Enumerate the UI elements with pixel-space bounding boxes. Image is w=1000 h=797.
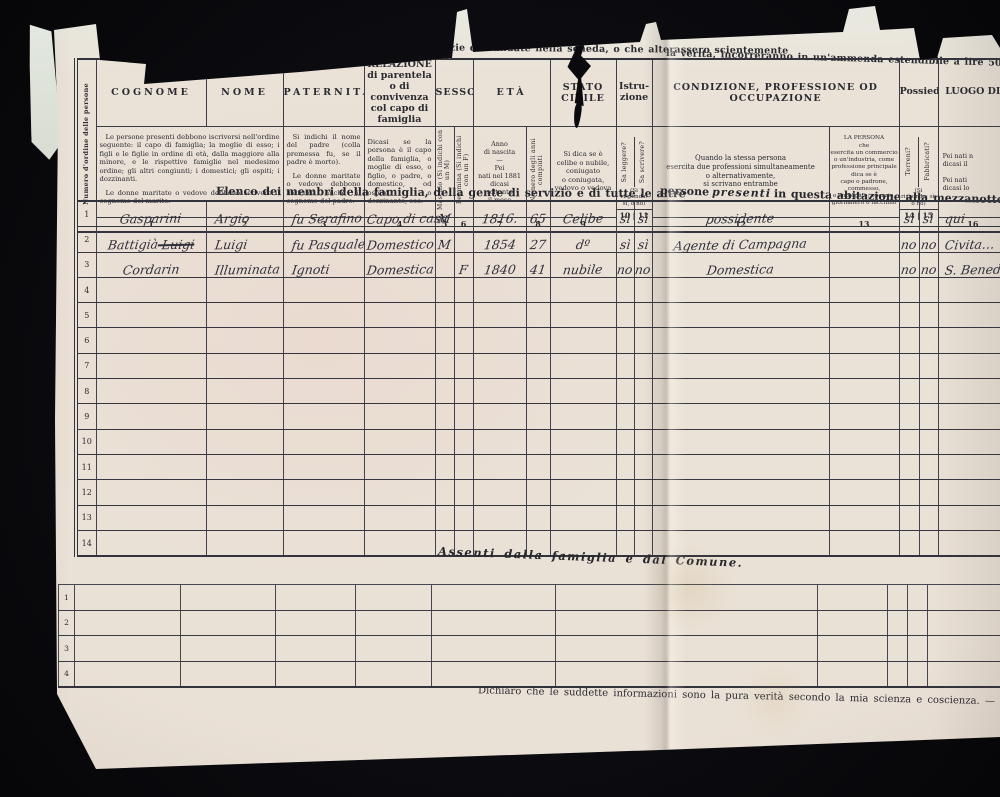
handwritten-entry: no — [920, 262, 938, 277]
name-cell — [206, 429, 283, 454]
sex-female-cell — [454, 201, 473, 227]
person-row: 13 — [76, 505, 1000, 530]
row-number-cell: 6 — [76, 328, 96, 353]
paternity-cell — [283, 454, 364, 479]
relation-cell: Capo di casa — [364, 201, 435, 227]
assenti-row-number-cell: 3 — [59, 636, 75, 662]
name-cell: Luigi — [206, 227, 283, 252]
paternity-cell — [283, 404, 364, 429]
person-row: 12 — [76, 480, 1000, 505]
relation-cell — [364, 505, 435, 530]
birthplace-cell — [938, 328, 1000, 353]
assenti-empty-cell — [928, 610, 1000, 636]
sex-male-cell — [435, 429, 454, 454]
assenti-empty-cell — [432, 610, 556, 636]
surname-cell — [96, 353, 206, 378]
can-read-cell — [616, 404, 634, 429]
column-header-eta: ETÀ — [473, 59, 550, 126]
birthplace-cell — [938, 480, 1000, 505]
handwritten-entry: Celibe — [562, 211, 605, 227]
assenti-empty-cell — [276, 636, 356, 662]
person-row: 3CordarinIlluminataIgnotiDomesticaF18404… — [76, 252, 1000, 277]
handwritten-entry: 1854 — [483, 236, 517, 252]
paternity-cell — [283, 277, 364, 302]
owns-land-cell: no — [899, 227, 919, 252]
can-read-cell — [616, 303, 634, 328]
civil-status-cell — [550, 277, 616, 302]
column-header-istruzione: Istru- zione — [616, 59, 652, 126]
sex-female-cell — [454, 379, 473, 404]
owns-buildings-cell — [919, 454, 938, 479]
person-row: 6 — [76, 328, 1000, 353]
position-cell — [829, 379, 899, 404]
position-cell — [829, 303, 899, 328]
assenti-empty-cell — [556, 610, 818, 636]
surname-cell: Battigià Luigi — [96, 227, 206, 252]
assenti-empty-cell — [908, 661, 928, 687]
row-number-cell: 9 — [76, 404, 96, 429]
birthplace-cell: qui — [938, 201, 1000, 227]
relation-cell — [364, 277, 435, 302]
assenti-row: 4 — [59, 661, 1000, 687]
age-cell: 65 — [526, 201, 550, 227]
handwritten-entry-struck: Luigi — [157, 236, 196, 252]
assenti-empty-cell — [181, 661, 276, 687]
owns-land-cell — [899, 353, 919, 378]
owns-buildings-cell — [919, 505, 938, 530]
age-cell — [526, 505, 550, 530]
assenti-empty-cell — [556, 636, 818, 662]
profession-cell — [652, 454, 829, 479]
can-write-cell — [634, 505, 652, 530]
row-number-cell: 8 — [76, 379, 96, 404]
birth-year-cell: 1854 — [473, 227, 526, 252]
relation-cell — [364, 353, 435, 378]
assenti-table: 1234 — [58, 584, 1000, 688]
relation-cell — [364, 379, 435, 404]
handwritten-entry: sì — [637, 236, 650, 251]
profession-cell: possidente — [652, 201, 829, 227]
handwritten-entry: Capo di casa — [365, 210, 448, 227]
handwritten-entry: Ignoti — [290, 261, 330, 277]
birth-year-cell — [473, 505, 526, 530]
civil-status-cell — [550, 454, 616, 479]
position-cell — [829, 429, 899, 454]
birth-year-cell: 1840 — [473, 252, 526, 277]
age-cell — [526, 429, 550, 454]
birthplace-cell — [938, 404, 1000, 429]
position-cell — [829, 201, 899, 227]
birth-year-cell — [473, 379, 526, 404]
sex-male-cell — [435, 328, 454, 353]
age-cell — [526, 328, 550, 353]
sex-male-cell — [435, 480, 454, 505]
sex-female-cell — [454, 480, 473, 505]
position-cell — [829, 530, 899, 556]
assenti-empty-cell — [908, 610, 928, 636]
person-number-vertical-label: Numero d'ordine delle persone — [83, 83, 90, 205]
civil-status-cell — [550, 328, 616, 353]
relation-cell — [364, 328, 435, 353]
elenco-caption-pre: persone — [660, 184, 709, 198]
civil-status-cell: dº — [550, 227, 616, 252]
surname-cell — [96, 277, 206, 302]
name-cell — [206, 505, 283, 530]
birthplace-cell — [938, 303, 1000, 328]
assenti-empty-cell — [888, 661, 908, 687]
paternity-cell — [283, 480, 364, 505]
paternity-cell: Ignoti — [283, 252, 364, 277]
row-number-cell: 4 — [76, 277, 96, 302]
handwritten-entry: Luigi — [213, 236, 248, 252]
surname-cell: Gasparini — [96, 201, 206, 227]
handwritten-entry: sì — [637, 211, 650, 226]
assenti-empty-cell — [75, 636, 181, 662]
possiede-vertical-labels: Terreni? Fabbricati? — [900, 137, 938, 187]
assenti-empty-cell — [276, 610, 356, 636]
handwritten-entry: 41 — [529, 262, 547, 277]
assenti-empty-cell — [888, 636, 908, 662]
handwritten-entry: 1816. — [481, 211, 519, 227]
name-cell — [206, 353, 283, 378]
position-cell — [829, 252, 899, 277]
row-number-cell: 5 — [76, 303, 96, 328]
can-write-cell — [634, 277, 652, 302]
assenti-row: 1 — [59, 585, 1000, 611]
person-row: 8 — [76, 379, 1000, 404]
owns-land-cell — [899, 429, 919, 454]
handwritten-entry: Civita… — [943, 236, 995, 252]
assenti-empty-cell — [818, 610, 888, 636]
sex-female-cell — [454, 353, 473, 378]
handwritten-entry: 27 — [529, 236, 547, 251]
can-read-cell — [616, 379, 634, 404]
profession-cell — [652, 303, 829, 328]
birth-year-cell: 1816. — [473, 201, 526, 227]
profession-cell — [652, 328, 829, 353]
surname-cell — [96, 429, 206, 454]
birthplace-cell — [938, 277, 1000, 302]
assenti-empty-cell — [818, 636, 888, 662]
birth-year-cell — [473, 277, 526, 302]
owns-buildings-cell — [919, 303, 938, 328]
column-header-relazione: RELAZIONE di parentela o di convivenza c… — [364, 59, 435, 126]
paternity-cell — [283, 328, 364, 353]
owns-buildings-cell — [919, 277, 938, 302]
sex-male-cell — [435, 303, 454, 328]
person-row: 9 — [76, 404, 1000, 429]
name-cell: Argio — [206, 201, 283, 227]
can-read-cell — [616, 505, 634, 530]
sex-male-cell — [435, 252, 454, 277]
surname-cell — [96, 505, 206, 530]
person-row: 2Battigià LuigiLuigifu PasqualeDomestico… — [76, 227, 1000, 252]
age-cell — [526, 277, 550, 302]
main-table-rows: 1GaspariniArgiofu SerafinoCapo di casaM1… — [76, 201, 1000, 556]
sex-male-cell — [435, 353, 454, 378]
profession-cell: Domestica — [652, 252, 829, 277]
assenti-empty-cell — [888, 585, 908, 611]
owns-buildings-cell — [919, 328, 938, 353]
age-cell — [526, 303, 550, 328]
owns-land-cell — [899, 404, 919, 429]
assenti-empty-cell — [276, 585, 356, 611]
sex-female-cell — [454, 328, 473, 353]
can-write-cell: sì — [634, 201, 652, 227]
fabbricati-label: Fabbricati? — [919, 142, 938, 181]
person-row: 4 — [76, 277, 1000, 302]
relation-cell — [364, 429, 435, 454]
column-header-condizione: CONDIZIONE, PROFESSIONE OD OCCUPAZIONE — [652, 59, 899, 126]
handwritten-entry: M — [437, 236, 452, 251]
can-write-cell — [634, 303, 652, 328]
assenti-row: 2 — [59, 610, 1000, 636]
row-number-cell: 12 — [76, 480, 96, 505]
handwritten-entry: Domestico — [365, 236, 434, 252]
civil-status-cell — [550, 379, 616, 404]
assenti-empty-cell — [181, 585, 276, 611]
assenti-empty-cell — [181, 610, 276, 636]
handwritten-entry: M — [437, 211, 452, 226]
birthplace-cell — [938, 429, 1000, 454]
relation-cell — [364, 404, 435, 429]
assenti-empty-cell — [356, 636, 432, 662]
sex-male-cell — [435, 404, 454, 429]
sex-female-cell — [454, 303, 473, 328]
handwritten-entry: sì — [922, 211, 935, 226]
handwritten-entry: Cordarin — [122, 261, 181, 277]
can-read-cell — [616, 328, 634, 353]
paternity-cell — [283, 530, 364, 556]
handwritten-entry: Domestica — [706, 261, 775, 277]
paternity-cell — [283, 379, 364, 404]
owns-land-cell — [899, 328, 919, 353]
column-header-luogo: LUOGO DI — [938, 59, 1000, 126]
age-cell: 27 — [526, 227, 550, 252]
paternity-cell — [283, 353, 364, 378]
paternity-cell: fu Serafino — [283, 201, 364, 227]
owns-land-cell — [899, 454, 919, 479]
position-cell — [829, 454, 899, 479]
relation-cell — [364, 530, 435, 556]
age-cell — [526, 379, 550, 404]
relation-cell — [364, 480, 435, 505]
name-cell — [206, 530, 283, 556]
assenti-empty-cell — [356, 585, 432, 611]
surname-cell — [96, 530, 206, 556]
elenco-caption: Elenco dei membri della famiglia, della … — [216, 185, 686, 200]
can-read-cell: sì — [616, 201, 634, 227]
sex-female-cell — [454, 227, 473, 252]
handwritten-entry: Illuminata — [213, 261, 280, 277]
profession-cell — [652, 480, 829, 505]
handwritten-entry: Agente di Campagna — [673, 235, 808, 253]
row-number-cell: 2 — [76, 227, 96, 252]
handwritten-entry: no — [900, 262, 918, 277]
sex-female-cell: F — [454, 252, 473, 277]
row-number-cell: 13 — [76, 505, 96, 530]
position-cell — [829, 328, 899, 353]
person-row: 1GaspariniArgiofu SerafinoCapo di casaM1… — [76, 201, 1000, 227]
name-cell — [206, 303, 283, 328]
civil-status-cell — [550, 429, 616, 454]
assenti-empty-cell — [181, 636, 276, 662]
assenti-empty-cell — [75, 585, 181, 611]
row-number-cell: 7 — [76, 353, 96, 378]
person-row: 10 — [76, 429, 1000, 454]
owns-land-cell: sì — [899, 201, 919, 227]
birthplace-cell — [938, 505, 1000, 530]
handwritten-entry: no — [900, 236, 918, 251]
profession-cell — [652, 353, 829, 378]
profession-cell — [652, 530, 829, 556]
name-cell — [206, 454, 283, 479]
sex-male-cell — [435, 454, 454, 479]
profession-cell — [652, 429, 829, 454]
birthplace-cell: S. Bened… — [938, 252, 1000, 277]
assenti-empty-cell — [928, 636, 1000, 662]
handwritten-entry: sì — [619, 236, 632, 251]
assenti-table-rows: 1234 — [59, 585, 1000, 688]
sex-female-cell — [454, 277, 473, 302]
sex-male-cell: M — [435, 227, 454, 252]
can-write-cell — [634, 454, 652, 479]
birth-year-cell — [473, 429, 526, 454]
column-header-paternita: PATERNITÀ — [283, 59, 364, 126]
column-header-cognome: COGNOME — [96, 59, 206, 126]
civil-status-cell: nubile — [550, 252, 616, 277]
civil-status-cell — [550, 480, 616, 505]
row-number-cell: 10 — [76, 429, 96, 454]
paternity-cell — [283, 429, 364, 454]
assenti-empty-cell — [818, 585, 888, 611]
elenco-caption-presenti: presenti — [709, 185, 774, 200]
owns-land-cell — [899, 277, 919, 302]
column-header-possiede: Possiede — [899, 59, 938, 126]
assenti-row-number-cell: 2 — [59, 610, 75, 636]
assenti-empty-cell — [888, 610, 908, 636]
person-row: 7 — [76, 353, 1000, 378]
sa-scrivere-label: Sa scrivere? — [635, 141, 652, 183]
can-write-cell — [634, 480, 652, 505]
can-write-cell — [634, 379, 652, 404]
civil-status-cell: Celibe — [550, 201, 616, 227]
assenti-empty-cell — [818, 661, 888, 687]
assenti-row: 3 — [59, 636, 1000, 662]
handwritten-entry: 1840 — [483, 262, 517, 278]
assenti-empty-cell — [75, 661, 181, 687]
istruzione-vertical-labels: Sa leggere? Sa scrivere? — [617, 137, 652, 187]
age-cell — [526, 404, 550, 429]
handwritten-entry: sì — [903, 211, 916, 226]
sex-female-cell — [454, 429, 473, 454]
assenti-empty-cell — [928, 585, 1000, 611]
profession-cell: Agente di Campagna — [652, 227, 829, 252]
birth-year-cell — [473, 480, 526, 505]
census-form-paper: « Coloro che ricusassero di fornire le n… — [0, 0, 1000, 797]
relation-cell — [364, 454, 435, 479]
birthplace-cell — [938, 454, 1000, 479]
relation-cell: Domestica — [364, 252, 435, 277]
birth-year-cell — [473, 303, 526, 328]
sex-female-cell — [454, 404, 473, 429]
sex-male-cell — [435, 277, 454, 302]
instruction-paragraph: Le persone presenti debbono iscriversi n… — [100, 133, 280, 184]
position-cell — [829, 480, 899, 505]
name-cell: Illuminata — [206, 252, 283, 277]
name-cell — [206, 328, 283, 353]
can-read-cell: no — [616, 252, 634, 277]
assenti-empty-cell — [556, 661, 818, 687]
relation-cell: Domestico — [364, 227, 435, 252]
profession-cell — [652, 277, 829, 302]
owns-land-cell — [899, 480, 919, 505]
paternity-cell: fu Pasquale — [283, 227, 364, 252]
sex-male-cell: M — [435, 201, 454, 227]
civil-status-cell — [550, 303, 616, 328]
age-cell — [526, 353, 550, 378]
owns-buildings-cell — [919, 530, 938, 556]
can-read-cell — [616, 429, 634, 454]
position-cell — [829, 404, 899, 429]
person-row: 11 — [76, 454, 1000, 479]
census-table-body: 1GaspariniArgiofu SerafinoCapo di casaM1… — [74, 200, 1000, 557]
handwritten-entry: fu Pasquale — [290, 236, 366, 253]
owns-buildings-cell: no — [919, 252, 938, 277]
instruction-paragraph: Si indichi il nome del padre (colla prem… — [287, 133, 361, 167]
person-row: 5 — [76, 303, 1000, 328]
profession-cell — [652, 404, 829, 429]
assenti-empty-cell — [432, 636, 556, 662]
handwritten-entry: F — [458, 262, 469, 277]
sex-male-cell — [435, 379, 454, 404]
can-write-cell — [634, 429, 652, 454]
handwritten-entry: dº — [575, 236, 591, 251]
handwritten-entry: 65 — [529, 211, 547, 226]
age-cell — [526, 480, 550, 505]
name-cell — [206, 379, 283, 404]
owns-buildings-cell — [919, 480, 938, 505]
owns-buildings-cell: no — [919, 227, 938, 252]
birthplace-cell — [938, 530, 1000, 556]
age-cell — [526, 454, 550, 479]
owns-land-cell — [899, 530, 919, 556]
handwritten-entry: possidente — [705, 211, 776, 227]
owns-land-cell: no — [899, 252, 919, 277]
assenti-empty-cell — [928, 661, 1000, 687]
assenti-empty-cell — [908, 636, 928, 662]
can-write-cell — [634, 353, 652, 378]
handwritten-entry: fu Serafino — [290, 211, 362, 227]
surname-cell: Cordarin — [96, 252, 206, 277]
can-write-cell: no — [634, 252, 652, 277]
handwritten-entry: S. Bened… — [943, 261, 1000, 277]
can-read-cell — [616, 277, 634, 302]
handwritten-entry: qui — [943, 211, 965, 226]
sex-female-cell — [454, 505, 473, 530]
can-read-cell — [616, 480, 634, 505]
handwritten-entry: Argio — [213, 211, 250, 227]
assenti-row-number-cell: 4 — [59, 661, 75, 687]
handwritten-entry: Battigià — [107, 236, 159, 252]
surname-cell — [96, 454, 206, 479]
row-number-cell: 1 — [76, 201, 96, 227]
row-number-cell: 11 — [76, 454, 96, 479]
handwritten-entry: Gasparini — [119, 211, 183, 227]
surname-cell — [96, 404, 206, 429]
handwritten-entry: Domestica — [365, 261, 434, 277]
can-write-cell — [634, 328, 652, 353]
